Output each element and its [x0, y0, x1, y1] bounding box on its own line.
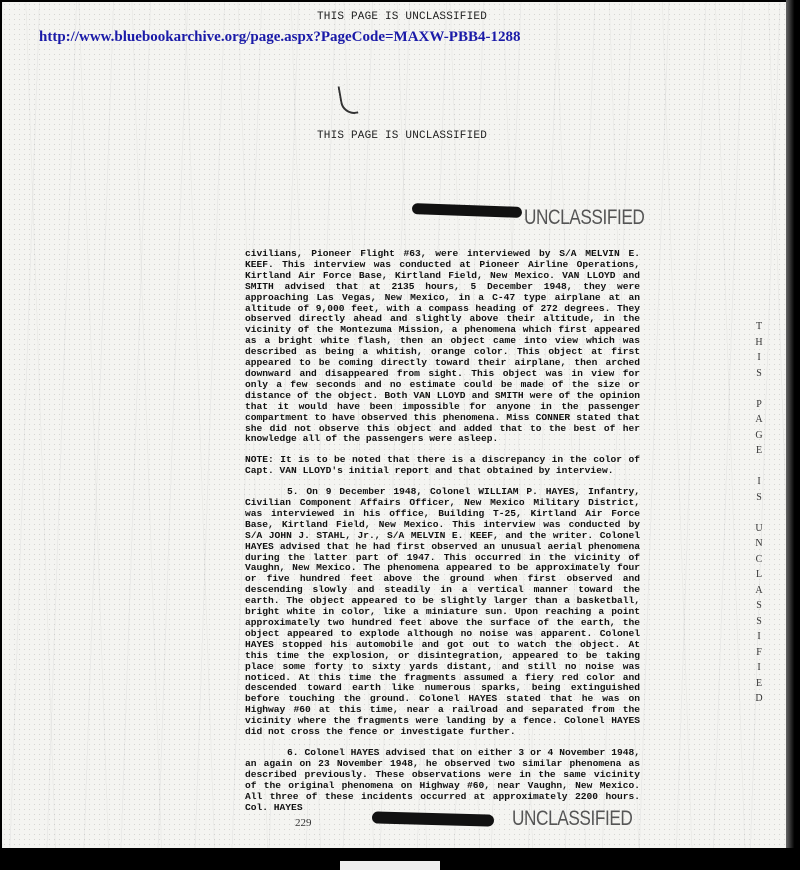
paragraph-6: 6. Colonel HAYES advised that on either … — [245, 748, 640, 813]
unclassified-stamp-top: UNCLASSIFIED — [524, 206, 644, 230]
scan-bottom-tab — [340, 861, 440, 870]
classification-banner-mid: THIS PAGE IS UNCLASSIFIED — [2, 130, 800, 142]
paragraph-6-number: 6. — [287, 747, 299, 758]
source-link[interactable]: http://www.bluebookarchive.org/page.aspx… — [39, 29, 520, 46]
paragraph-note: NOTE: It is to be noted that there is a … — [245, 455, 640, 477]
classification-banner-top: THIS PAGE IS UNCLASSIFIED — [2, 11, 800, 23]
scan-edge-shadow — [786, 0, 800, 860]
paragraph-5: 5. On 9 December 1948, Colonel WILLIAM P… — [245, 487, 640, 738]
paragraph-5-number: 5. — [287, 486, 299, 497]
paragraph-6-text: Colonel HAYES advised that on either 3 o… — [245, 747, 640, 813]
document-body: civilians, Pioneer Flight #63, were inte… — [245, 249, 640, 813]
note-label: NOTE: — [245, 454, 274, 465]
paragraph-continuation: civilians, Pioneer Flight #63, were inte… — [245, 249, 640, 445]
handwritten-mark — [338, 84, 359, 116]
page-number: 229 — [295, 817, 312, 829]
note-text: It is to be noted that there is a discre… — [245, 454, 640, 476]
scanned-document-page: THIS PAGE IS UNCLASSIFIED http://www.blu… — [2, 2, 790, 850]
classification-banner-vertical: T H I S P A G E I S U N C L A S S I F I … — [753, 319, 765, 707]
redaction-bar-top — [412, 203, 522, 218]
paragraph-5-text: On 9 December 1948, Colonel WILLIAM P. H… — [245, 486, 640, 737]
unclassified-stamp-bottom: UNCLASSIFIED — [512, 807, 632, 831]
redaction-bar-bottom — [372, 811, 494, 826]
